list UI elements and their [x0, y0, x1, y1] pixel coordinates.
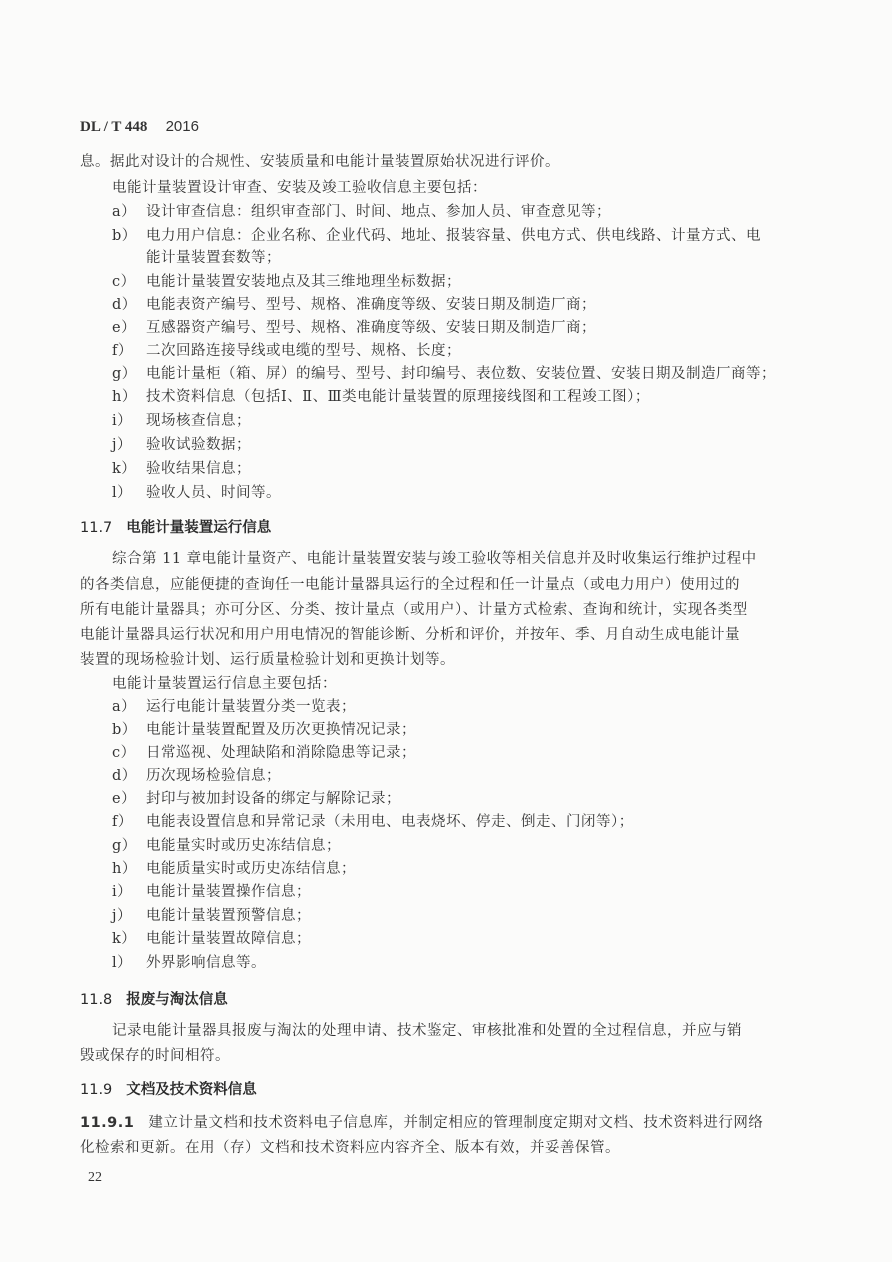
paragraph-line: 的各类信息，应能便捷的查询任一电能计量器具运行的全过程和任一计量点（或电力用户）…: [80, 573, 740, 594]
list-item: f）二次回路连接导线或电缆的型号、规格、长度；: [112, 339, 461, 360]
subsection-11-9-1: 11.9.1建立计量文档和技术资料电子信息库，并制定相应的管理制度定期对文档、技…: [80, 1111, 763, 1132]
list-item: k）验收结果信息；: [112, 457, 251, 478]
list-item: g）电能量实时或历史冻结信息；: [112, 834, 341, 855]
list-item: c）日常巡视、处理缺陷和消除隐患等记录；: [112, 741, 416, 762]
paragraph-line: 装置的现场检验计划、运行质量检验计划和更换计划等。: [80, 648, 455, 669]
paragraph-line: 电能计量器具运行状况和用户用电情况的智能诊断、分析和评价，并按年、季、月自动生成…: [80, 623, 740, 644]
list-item: a）运行电能计量装置分类一览表；: [112, 695, 356, 716]
list-item: d）电能表资产编号、型号、规格、准确度等级、安装日期及制造厂商；: [112, 293, 596, 314]
list-item: i）现场核查信息；: [112, 409, 251, 430]
paragraph-line: 记录电能计量器具报废与淘汰的处理申请、技术鉴定、审核批准和处置的全过程信息，并应…: [112, 1019, 742, 1040]
list-item: b）电能计量装置配置及历次更换情况记录；: [112, 718, 416, 739]
list-item: a）设计审查信息：组织审查部门、时间、地点、参加人员、审查意见等；: [112, 200, 611, 221]
list-item: b）电力用户信息：企业名称、企业代码、地址、报装容量、供电方式、供电线路、计量方…: [112, 224, 761, 245]
list-item: h）电能质量实时或历史冻结信息；: [112, 857, 356, 878]
standard-code: DL / T 448: [80, 119, 147, 135]
paragraph-line: 毁或保存的时间相符。: [80, 1044, 230, 1065]
list-item: j）验收试验数据；: [112, 433, 251, 454]
paragraph-line: 化检索和更新。在用（存）文档和技术资料应内容齐全、版本有效，并妥善保管。: [80, 1136, 620, 1157]
list-item: e）封印与被加封设备的绑定与解除记录；: [112, 787, 401, 808]
list-item: c）电能计量装置安装地点及其三维地理坐标数据；: [112, 270, 461, 291]
list-item: k）电能计量装置故障信息；: [112, 927, 311, 948]
list-item: e）互感器资产编号、型号、规格、准确度等级、安装日期及制造厂商；: [112, 316, 596, 337]
list-intro: 电能计量装置设计审查、安装及竣工验收信息主要包括：: [112, 176, 487, 197]
document-page: DL / T 448 2016 息。据此对设计的合规性、安装质量和电能计量装置原…: [0, 0, 892, 1262]
section-heading-11-8: 11.8报废与淘汰信息: [80, 988, 228, 1009]
list-item: j）电能计量装置预警信息；: [112, 904, 311, 925]
paragraph-line: 综合第 11 章电能计量资产、电能计量装置安装与竣工验收等相关信息并及时收集运行…: [112, 547, 757, 568]
section-heading-11-9: 11.9文档及技术资料信息: [80, 1078, 257, 1099]
paragraph-line: 所有电能计量器具；亦可分区、分类、按计量点（或用户）、计量方式检索、查询和统计，…: [80, 598, 748, 619]
list-intro: 电能计量装置运行信息主要包括：: [112, 672, 337, 693]
paragraph-line: 息。据此对设计的合规性、安装质量和电能计量装置原始状况进行评价。: [80, 150, 560, 171]
list-item: l）外界影响信息等。: [112, 951, 266, 972]
standard-year: 2016: [166, 118, 199, 135]
page-number: 22: [88, 1170, 102, 1186]
section-heading-11-7: 11.7电能计量装置运行信息: [80, 516, 271, 537]
list-item: f）电能表设置信息和异常记录（未用电、电表烧坏、停走、倒走、门闭等）；: [112, 810, 634, 831]
list-item: l）验收人员、时间等。: [112, 481, 281, 502]
list-item: h）技术资料信息（包括Ⅰ、Ⅱ、Ⅲ类电能计量装置的原理接线图和工程竣工图）；: [112, 385, 650, 406]
standard-header: DL / T 448 2016: [80, 118, 199, 136]
list-item: i）电能计量装置操作信息；: [112, 880, 311, 901]
list-item: d）历次现场检验信息；: [112, 764, 281, 785]
list-item-continuation: 能计量装置套数等；: [146, 246, 281, 267]
list-item: g）电能计量柜（箱、屏）的编号、型号、封印编号、表位数、安装位置、安装日期及制造…: [112, 362, 776, 383]
